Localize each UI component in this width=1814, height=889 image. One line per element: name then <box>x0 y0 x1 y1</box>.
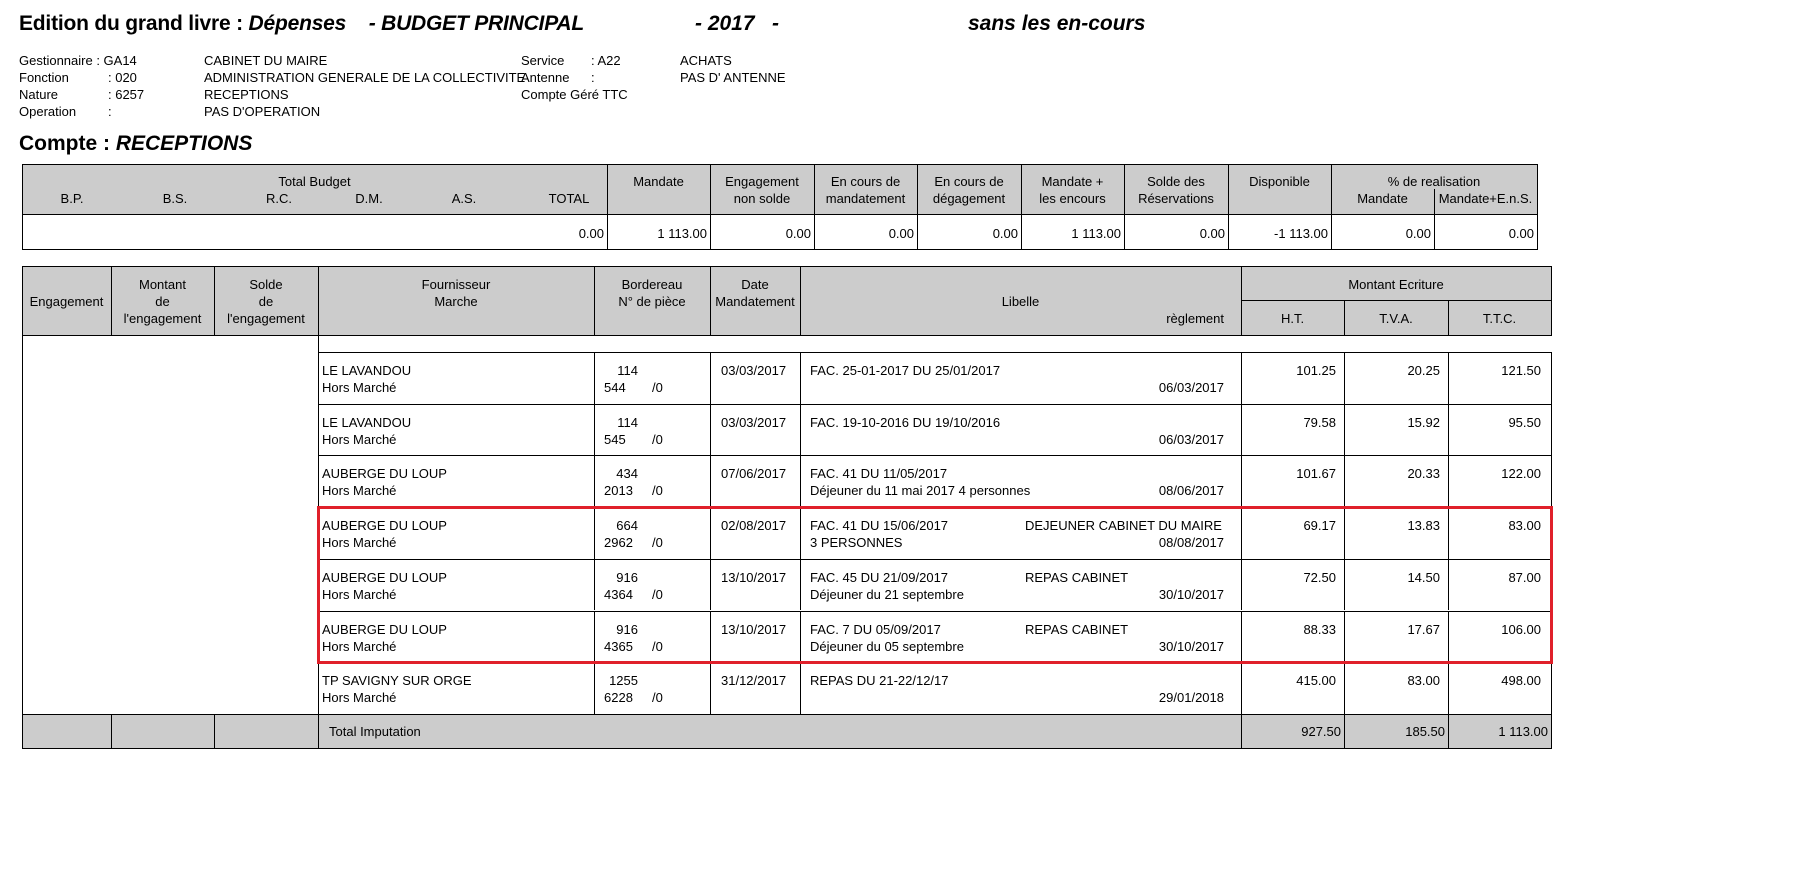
fonction-value: ADMINISTRATION GENERALE DE LA COLLECTIVI… <box>204 70 525 85</box>
header-montant-ecriture: Montant Ecriture <box>1241 276 1551 293</box>
marche: Hors Marché <box>322 689 396 706</box>
operation-label: Operation <box>19 104 76 119</box>
amount-ttc: 83.00 <box>1448 517 1541 534</box>
marche: Hors Marché <box>322 431 396 448</box>
piece-number: 2013 <box>604 482 633 499</box>
amount-ttc: 95.50 <box>1448 414 1541 431</box>
nature-label: Nature <box>19 87 58 102</box>
budget-col-dm: D.M. <box>329 190 409 207</box>
title-prefix: Edition du grand livre : <box>19 12 249 35</box>
fonction-code: : 020 <box>108 70 137 85</box>
total-budget-header: Total Budget <box>22 173 607 190</box>
libelle-line1: FAC. 45 DU 21/09/2017 <box>810 569 948 586</box>
libelle-extra: REPAS CABINET <box>1025 569 1128 586</box>
piece-number: 4364 <box>604 586 633 603</box>
header-engagement: Engagement <box>22 293 111 310</box>
fournisseur: LE LAVANDOU <box>322 362 411 379</box>
piece-suffix: /0 <box>652 534 663 551</box>
compte-heading: Compte : RECEPTIONS <box>19 132 252 156</box>
divider <box>214 714 215 748</box>
piece-number: 4365 <box>604 638 633 655</box>
marche: Hors Marché <box>322 482 396 499</box>
compte-gere: Compte Géré TTC <box>521 87 628 102</box>
amount-tva: 20.33 <box>1344 465 1440 482</box>
header-montant-2: l'engagement <box>111 310 214 327</box>
summary-header-5-line1: Solde des <box>1124 173 1228 190</box>
budget-col-rc: R.C. <box>239 190 319 207</box>
date-mandatement: 02/08/2017 <box>721 517 786 534</box>
realisation-col-0: Mandate <box>1331 190 1434 207</box>
reglement-date: 08/06/2017 <box>800 482 1224 499</box>
libelle-extra: REPAS CABINET <box>1025 621 1128 638</box>
summary-header-2-line2: mandatement <box>814 190 917 207</box>
header-reglement: règlement <box>800 310 1224 327</box>
amount-tva: 15.92 <box>1344 414 1440 431</box>
summary-header-3-line2: dégagement <box>917 190 1021 207</box>
libelle-line1: FAC. 41 DU 11/05/2017 <box>810 465 947 482</box>
reglement-date: 29/01/2018 <box>800 689 1224 706</box>
title-type: Dépenses <box>249 12 347 35</box>
summary-value-4: 0.00 <box>917 225 1018 242</box>
header-montant-0: Montant <box>111 276 214 293</box>
antenne-code: : <box>591 70 595 85</box>
amount-ht: 69.17 <box>1241 517 1336 534</box>
header-bordereau-1: N° de pièce <box>594 293 710 310</box>
budget-col-as: A.S. <box>424 190 504 207</box>
summary-value-7: -1 113.00 <box>1228 225 1328 242</box>
reglement-date: 30/10/2017 <box>800 586 1224 603</box>
summary-value-1: 1 113.00 <box>607 225 707 242</box>
bordereau: 664 <box>594 517 638 534</box>
fournisseur: AUBERGE DU LOUP <box>322 621 447 638</box>
compte-label: Compte : <box>19 132 116 155</box>
fournisseur: AUBERGE DU LOUP <box>322 517 447 534</box>
piece-suffix: /0 <box>652 638 663 655</box>
operation-code: : <box>108 104 112 119</box>
antenne-label: Antenne <box>521 70 569 85</box>
divider <box>111 714 112 748</box>
date-mandatement: 13/10/2017 <box>721 621 786 638</box>
piece-number: 2962 <box>604 534 633 551</box>
libelle-extra: DEJEUNER CABINET DU MAIRE <box>1025 517 1222 534</box>
reglement-date: 08/08/2017 <box>800 534 1224 551</box>
fournisseur: AUBERGE DU LOUP <box>322 465 447 482</box>
fournisseur: AUBERGE DU LOUP <box>322 569 447 586</box>
marche: Hors Marché <box>322 534 396 551</box>
piece-number: 544 <box>604 379 626 396</box>
summary-value-9: 0.00 <box>1434 225 1534 242</box>
piece-suffix: /0 <box>652 431 663 448</box>
gestionnaire-label: Gestionnaire : GA14 <box>19 53 137 68</box>
summary-header-5-line2: Réservations <box>1124 190 1228 207</box>
summary-header-1-line2: non solde <box>710 190 814 207</box>
amount-ttc: 122.00 <box>1448 465 1541 482</box>
summary-value-8: 0.00 <box>1331 225 1431 242</box>
header-fournisseur-1: Marche <box>318 293 594 310</box>
divider <box>318 352 1552 353</box>
summary-header-3-line1: En cours de <box>917 173 1021 190</box>
divider <box>710 455 711 507</box>
total-imputation-label: Total Imputation <box>329 723 421 740</box>
libelle-line1: FAC. 7 DU 05/09/2017 <box>810 621 941 638</box>
bordereau: 1255 <box>594 672 638 689</box>
divider <box>710 662 711 714</box>
piece-suffix: /0 <box>652 482 663 499</box>
report-title: Edition du grand livre : Dépenses - BUDG… <box>19 12 584 36</box>
libelle-line1: REPAS DU 21-22/12/17 <box>810 672 949 689</box>
fournisseur: LE LAVANDOU <box>322 414 411 431</box>
operation-value: PAS D'OPERATION <box>204 104 320 119</box>
amount-ttc: 87.00 <box>1448 569 1541 586</box>
divider <box>22 335 23 714</box>
amount-tva: 83.00 <box>1344 672 1440 689</box>
reglement-date: 06/03/2017 <box>800 431 1224 448</box>
amount-ht: 101.25 <box>1241 362 1336 379</box>
amount-ttc: 498.00 <box>1448 672 1541 689</box>
libelle-line1: FAC. 25-01-2017 DU 25/01/2017 <box>810 362 1000 379</box>
date-mandatement: 03/03/2017 <box>721 414 786 431</box>
budget-col-total: TOTAL <box>529 190 609 207</box>
marche: Hors Marché <box>322 379 396 396</box>
summary-header-6-line1: Disponible <box>1228 173 1331 190</box>
date-mandatement: 03/03/2017 <box>721 362 786 379</box>
total-ht: 927.50 <box>1241 723 1341 740</box>
piece-suffix: /0 <box>652 379 663 396</box>
summary-value-0: 0.00 <box>22 225 604 242</box>
header-date-0: Date <box>710 276 800 293</box>
divider <box>318 662 1551 663</box>
report-scope: sans les en-cours <box>968 12 1145 36</box>
summary-header-0-line1: Mandate <box>607 173 710 190</box>
summary-header-4-line1: Mandate + <box>1021 173 1124 190</box>
libelle-line1: FAC. 41 DU 15/06/2017 <box>810 517 948 534</box>
service-label: Service <box>521 53 564 68</box>
date-mandatement: 31/12/2017 <box>721 672 786 689</box>
divider <box>710 352 711 404</box>
total-ttc: 1 113.00 <box>1448 723 1548 740</box>
summary-value-2: 0.00 <box>710 225 811 242</box>
summary-value-6: 0.00 <box>1124 225 1225 242</box>
summary-header-2-line1: En cours de <box>814 173 917 190</box>
report-year: - 2017 - <box>695 12 779 36</box>
summary-header-1-line1: Engagement <box>710 173 814 190</box>
budget-col-bp: B.P. <box>32 190 112 207</box>
amount-ttc: 121.50 <box>1448 362 1541 379</box>
piece-suffix: /0 <box>652 586 663 603</box>
divider <box>318 404 1551 405</box>
bordereau: 916 <box>594 621 638 638</box>
header-solde-0: Solde <box>214 276 318 293</box>
date-mandatement: 13/10/2017 <box>721 569 786 586</box>
piece-number: 6228 <box>604 689 633 706</box>
realisation-col-1: Mandate+E.n.S. <box>1434 190 1537 207</box>
piece-number: 545 <box>604 431 626 448</box>
divider <box>710 559 711 611</box>
summary-value-3: 0.00 <box>814 225 914 242</box>
compte-value: RECEPTIONS <box>116 132 253 155</box>
marche: Hors Marché <box>322 638 396 655</box>
libelle-line1: FAC. 19-10-2016 DU 19/10/2016 <box>810 414 1000 431</box>
header-ht: H.T. <box>1241 310 1344 327</box>
divider <box>1241 300 1551 301</box>
divider <box>710 404 711 456</box>
divider <box>318 611 1551 612</box>
divider <box>318 507 1551 508</box>
fonction-label: Fonction <box>19 70 69 85</box>
header-montant-1: de <box>111 293 214 310</box>
reglement-date: 30/10/2017 <box>800 638 1224 655</box>
amount-ht: 72.50 <box>1241 569 1336 586</box>
header-ttc: T.T.C. <box>1448 310 1551 327</box>
date-mandatement: 07/06/2017 <box>721 465 786 482</box>
marche: Hors Marché <box>322 586 396 603</box>
divider <box>710 507 711 559</box>
amount-tva: 20.25 <box>1344 362 1440 379</box>
realisation-header: % de realisation <box>1331 173 1537 190</box>
piece-suffix: /0 <box>652 689 663 706</box>
amount-tva: 17.67 <box>1344 621 1440 638</box>
fournisseur: TP SAVIGNY SUR ORGE <box>322 672 472 689</box>
amount-tva: 14.50 <box>1344 569 1440 586</box>
nature-code: : 6257 <box>108 87 144 102</box>
amount-ht: 88.33 <box>1241 621 1336 638</box>
bordereau: 434 <box>594 465 638 482</box>
reglement-date: 06/03/2017 <box>800 379 1224 396</box>
amount-ht: 415.00 <box>1241 672 1336 689</box>
divider <box>318 559 1551 560</box>
divider <box>318 335 319 714</box>
summary-header-4-line2: les encours <box>1021 190 1124 207</box>
header-solde-1: de <box>214 293 318 310</box>
amount-ht: 101.67 <box>1241 465 1336 482</box>
header-date-1: Mandatement <box>710 293 800 310</box>
summary-value-5: 1 113.00 <box>1021 225 1121 242</box>
amount-ht: 79.58 <box>1241 414 1336 431</box>
amount-tva: 13.83 <box>1344 517 1440 534</box>
title-budget: - BUDGET PRINCIPAL <box>369 12 584 35</box>
divider <box>1551 352 1552 714</box>
antenne-value: PAS D' ANTENNE <box>680 70 786 85</box>
header-libelle: Libelle <box>800 293 1241 310</box>
header-fournisseur-0: Fournisseur <box>318 276 594 293</box>
header-solde-2: l'engagement <box>214 310 318 327</box>
service-code: : A22 <box>591 53 621 68</box>
gestionnaire-value: CABINET DU MAIRE <box>204 53 327 68</box>
amount-ttc: 106.00 <box>1448 621 1541 638</box>
bordereau: 916 <box>594 569 638 586</box>
header-bordereau-0: Bordereau <box>594 276 710 293</box>
service-value: ACHATS <box>680 53 732 68</box>
bordereau: 114 <box>594 414 638 431</box>
nature-value: RECEPTIONS <box>204 87 289 102</box>
divider <box>318 714 319 748</box>
total-tva: 185.50 <box>1344 723 1445 740</box>
bordereau: 114 <box>594 362 638 379</box>
divider <box>318 455 1551 456</box>
budget-col-bs: B.S. <box>135 190 215 207</box>
header-tva: T.V.A. <box>1344 310 1448 327</box>
divider <box>710 611 711 663</box>
